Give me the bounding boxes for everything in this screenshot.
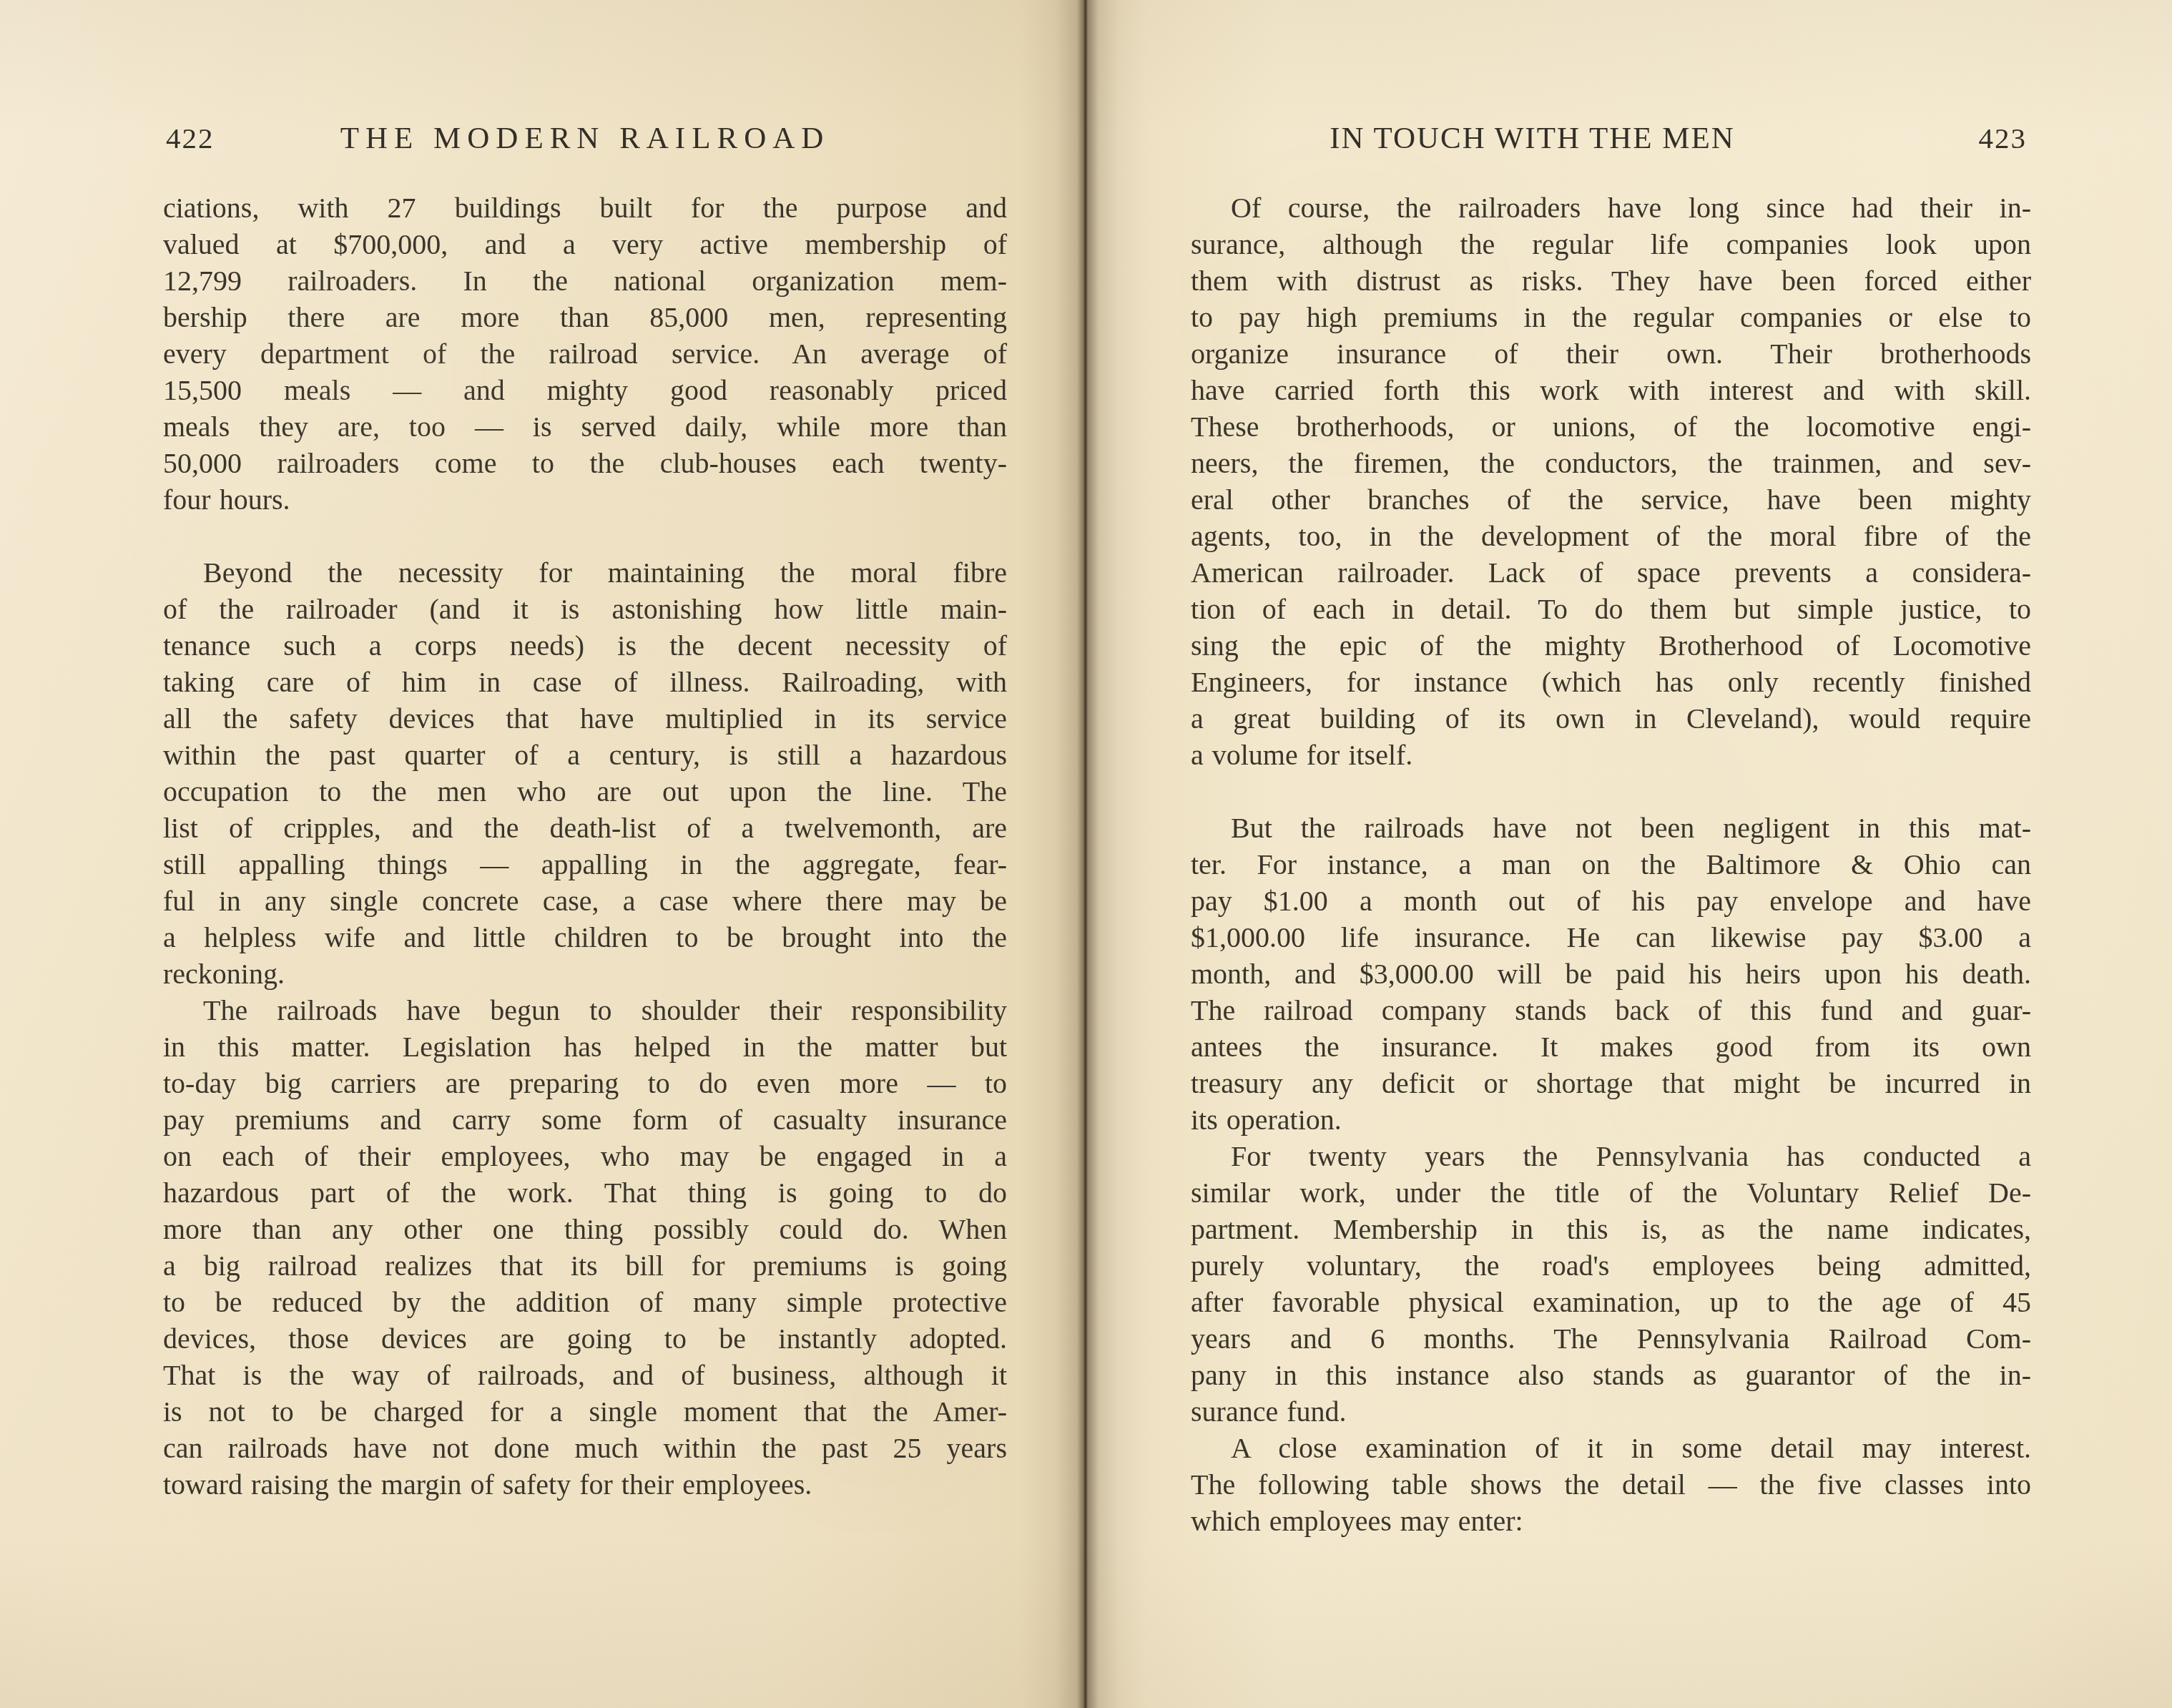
text-line: A close examination of it in some detail… xyxy=(1191,1430,2031,1466)
text-line: American railroader. Lack of space preve… xyxy=(1191,554,2031,591)
text-line: more than any other one thing possibly c… xyxy=(163,1211,1007,1247)
text-line: is not to be charged for a single moment… xyxy=(163,1393,1007,1430)
book-scan: 422 THE MODERN RAILROAD ciations, with 2… xyxy=(0,0,2172,1708)
paragraph: The railroads have begun to shoulder the… xyxy=(163,992,1007,1503)
text-line: which employees may enter: xyxy=(1191,1503,2031,1539)
text-line: antees the insurance. It makes good from… xyxy=(1191,1029,2031,1065)
text-line: to-day big carriers are preparing to do … xyxy=(163,1065,1007,1101)
text-line: a helpless wife and little children to b… xyxy=(163,919,1007,956)
text-line: $1,000.00 life insurance. He can likewis… xyxy=(1191,919,2031,956)
paragraph: For twenty years the Pennsylvania has co… xyxy=(1191,1138,2031,1430)
text-line: bership there are more than 85,000 men, … xyxy=(163,299,1007,335)
text-line: sing the epic of the mighty Brotherhood … xyxy=(1191,627,2031,664)
text-line: its operation. xyxy=(1191,1101,2031,1138)
text-line: within the past quarter of a century, is… xyxy=(163,737,1007,773)
right-page-number: 423 xyxy=(1979,120,2028,157)
text-line: have carried forth this work with intere… xyxy=(1191,372,2031,408)
text-line: devices, those devices are going to be i… xyxy=(163,1320,1007,1357)
right-running-title: IN TOUCH WITH THE MEN xyxy=(1191,120,1874,157)
text-line: on each of their employees, who may be e… xyxy=(163,1138,1007,1174)
text-line: pany in this instance also stands as gua… xyxy=(1191,1357,2031,1393)
paragraph: ciations, with 27 buildings built for th… xyxy=(163,190,1007,518)
text-line: The railroad company stands back of this… xyxy=(1191,992,2031,1029)
text-line: a volume for itself. xyxy=(1191,737,2031,773)
text-line: to be reduced by the addition of many si… xyxy=(163,1284,1007,1320)
text-line: month, and $3,000.00 will be paid his he… xyxy=(1191,956,2031,992)
text-line: after favorable physical examination, up… xyxy=(1191,1284,2031,1320)
text-line: to pay high premiums in the regular comp… xyxy=(1191,299,2031,335)
text-line: tenance such a corps needs) is the decen… xyxy=(163,627,1007,664)
text-line: The following table shows the detail — t… xyxy=(1191,1466,2031,1503)
text-line: 15,500 meals — and mighty good reasonabl… xyxy=(163,372,1007,408)
text-line: pay premiums and carry some form of casu… xyxy=(163,1101,1007,1138)
text-line: ter. For instance, a man on the Baltimor… xyxy=(1191,846,2031,883)
text-line: a big railroad realizes that its bill fo… xyxy=(163,1247,1007,1284)
left-page-body: ciations, with 27 buildings built for th… xyxy=(163,190,1007,1503)
text-line: Of course, the railroaders have long sin… xyxy=(1191,190,2031,226)
text-line: still appalling things — appalling in th… xyxy=(163,846,1007,883)
text-line: occupation to the men who are out upon t… xyxy=(163,773,1007,810)
text-line: all the safety devices that have multipl… xyxy=(163,700,1007,737)
text-line: surance, although the regular life compa… xyxy=(1191,226,2031,262)
left-running-title: THE MODERN RAILROAD xyxy=(163,120,1007,157)
text-line: tion of each in detail. To do them but s… xyxy=(1191,591,2031,627)
left-page-header: 422 THE MODERN RAILROAD xyxy=(163,120,1007,157)
text-line: every department of the railroad service… xyxy=(163,335,1007,372)
text-line: partment. Membership in this is, as the … xyxy=(1191,1211,2031,1247)
text-line: eral other branches of the service, have… xyxy=(1191,481,2031,518)
text-line: similar work, under the title of the Vol… xyxy=(1191,1174,2031,1211)
text-line: four hours. xyxy=(163,481,1007,518)
text-line: can railroads have not done much within … xyxy=(163,1430,1007,1466)
right-page-header: IN TOUCH WITH THE MEN 423 xyxy=(1191,120,2031,157)
paragraph: Beyond the necessity for maintaining the… xyxy=(163,554,1007,992)
left-page: 422 THE MODERN RAILROAD ciations, with 2… xyxy=(0,0,1084,1708)
text-line: ful in any single concrete case, a case … xyxy=(163,883,1007,919)
paragraph: But the railroads have not been negligen… xyxy=(1191,810,2031,1138)
text-line: 12,799 railroaders. In the national orga… xyxy=(163,262,1007,299)
text-line: For twenty years the Pennsylvania has co… xyxy=(1191,1138,2031,1174)
paragraph: Of course, the railroaders have long sin… xyxy=(1191,190,2031,773)
text-line: toward raising the margin of safety for … xyxy=(163,1466,1007,1503)
text-line: treasury any deficit or shortage that mi… xyxy=(1191,1065,2031,1101)
text-line: taking care of him in case of illness. R… xyxy=(163,664,1007,700)
right-page-body: Of course, the railroaders have long sin… xyxy=(1191,190,2031,1539)
text-line: years and 6 months. The Pennsylvania Rai… xyxy=(1191,1320,2031,1357)
text-line: surance fund. xyxy=(1191,1393,2031,1430)
text-line: agents, too, in the development of the m… xyxy=(1191,518,2031,554)
text-line: ciations, with 27 buildings built for th… xyxy=(163,190,1007,226)
text-line: organize insurance of their own. Their b… xyxy=(1191,335,2031,372)
paragraph: A close examination of it in some detail… xyxy=(1191,1430,2031,1539)
text-line: Beyond the necessity for maintaining the… xyxy=(163,554,1007,591)
text-line: Engineers, for instance (which has only … xyxy=(1191,664,2031,700)
text-line: reckoning. xyxy=(163,956,1007,992)
text-line: neers, the firemen, the conductors, the … xyxy=(1191,445,2031,481)
text-line: a great building of its own in Cleveland… xyxy=(1191,700,2031,737)
text-line: valued at $700,000, and a very active me… xyxy=(163,226,1007,262)
text-line: The railroads have begun to shoulder the… xyxy=(163,992,1007,1029)
text-line: meals they are, too — is served daily, w… xyxy=(163,408,1007,445)
text-line: These brotherhoods, or unions, of the lo… xyxy=(1191,408,2031,445)
text-line: list of cripples, and the death-list of … xyxy=(163,810,1007,846)
text-line: them with distrust as risks. They have b… xyxy=(1191,262,2031,299)
text-line: purely voluntary, the road's employees b… xyxy=(1191,1247,2031,1284)
text-line: That is the way of railroads, and of bus… xyxy=(163,1357,1007,1393)
text-line: in this matter. Legislation has helped i… xyxy=(163,1029,1007,1065)
text-line: of the railroader (and it is astonishing… xyxy=(163,591,1007,627)
text-line: hazardous part of the work. That thing i… xyxy=(163,1174,1007,1211)
text-line: 50,000 railroaders come to the club-hous… xyxy=(163,445,1007,481)
text-line: But the railroads have not been negligen… xyxy=(1191,810,2031,846)
right-page: IN TOUCH WITH THE MEN 423 Of course, the… xyxy=(1084,0,2172,1708)
text-line: pay $1.00 a month out of his pay envelop… xyxy=(1191,883,2031,919)
